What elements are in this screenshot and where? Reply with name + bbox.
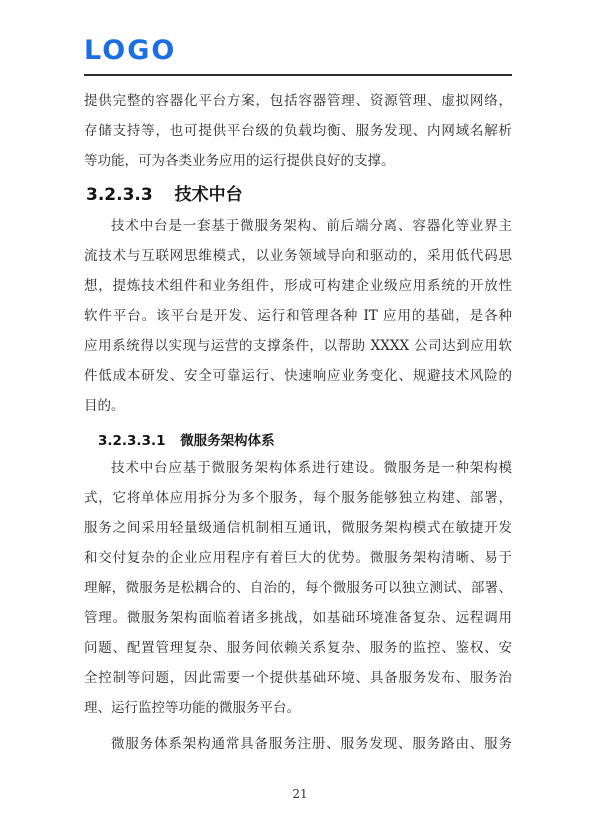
paragraph-container-microservice: 技术中台应基于微服务架构体系进行建设。微服务是一种架构模 式，它将单体应用拆分为… xyxy=(84,453,512,723)
text-line: 目的。 xyxy=(84,391,512,421)
document-page: LOGO 提供完整的容器化平台方案，包括容器管理、资源管理、虚拟网络， 存储支持… xyxy=(0,0,600,829)
text-line: 理解，微服务是松耦合的、自治的，每个微服务可以独立测试、部署、 xyxy=(84,573,512,603)
paragraph-container-tech-platform: 技术中台是一套基于微服务架构、前后端分离、容器化等业界主 流技术与互联网思维模式… xyxy=(84,211,512,421)
text-line: 件低成本研发、安全可靠运行、快速响应业务变化、规避技术风险的 xyxy=(84,361,512,391)
text-line: 技术中台应基于微服务架构体系进行建设。微服务是一种架构模 xyxy=(84,453,512,483)
text-line: 微服务体系架构通常具备服务注册、服务发现、服务路由、服务 xyxy=(84,729,512,759)
subsection-heading: 3.2.3.3.1 微服务架构体系 xyxy=(98,429,512,453)
page-header: LOGO xyxy=(84,36,512,76)
text-line: 想，提炼技术组件和业务组件，形成可构建企业级应用系统的开放性 xyxy=(84,271,512,301)
subsection-title: 微服务架构体系 xyxy=(180,433,275,449)
section-heading: 3.2.3.3 技术中台 xyxy=(86,181,512,209)
text-line: 和交付复杂的企业应用程序有着巨大的优势。微服务架构清晰、易于 xyxy=(84,543,512,573)
section-number: 3.2.3.3 xyxy=(86,185,153,205)
subsection-number: 3.2.3.3.1 xyxy=(98,433,165,449)
text-line: 技术中台是一套基于微服务架构、前后端分离、容器化等业界主 xyxy=(84,211,512,241)
text-line: 管理。微服务架构面临着诸多挑战，如基础环境准备复杂、远程调用 xyxy=(84,603,512,633)
page-number: 21 xyxy=(0,787,600,801)
section-title: 技术中台 xyxy=(175,185,243,205)
text-line: 问题、配置管理复杂、服务间依赖关系复杂、服务的监控、鉴权、安 xyxy=(84,633,512,663)
text-line: 等功能，可为各类业务应用的运行提供良好的支撑。 xyxy=(84,146,512,176)
text-line: 流技术与互联网思维模式，以业务领域导向和驱动的，采用低代码思 xyxy=(84,241,512,271)
document-content: 提供完整的容器化平台方案，包括容器管理、资源管理、虚拟网络， 存储支持等，也可提… xyxy=(84,86,512,759)
text-line: 理、运行监控等功能的微服务平台。 xyxy=(84,693,512,723)
text-line: 软件平台。该平台是开发、运行和管理各种 IT 应用的基础，是各种 xyxy=(84,301,512,331)
text-line: 存储支持等，也可提供平台级的负载均衡、服务发现、内网域名解析 xyxy=(84,116,512,146)
text-line: 应用系统得以实现与运营的支撑条件，以帮助 XXXX 公司达到应用软 xyxy=(84,331,512,361)
company-logo: LOGO xyxy=(84,36,176,66)
text-line: 式，它将单体应用拆分为多个服务，每个服务能够独立构建、部署， xyxy=(84,483,512,513)
paragraph-container-architecture: 微服务体系架构通常具备服务注册、服务发现、服务路由、服务 xyxy=(84,729,512,759)
header-divider xyxy=(84,74,512,76)
text-line: 提供完整的容器化平台方案，包括容器管理、资源管理、虚拟网络， xyxy=(84,86,512,116)
text-line: 全控制等问题，因此需要一个提供基础环境、具备服务发布、服务治 xyxy=(84,663,512,693)
text-line: 服务之间采用轻量级通信机制相互通讯，微服务架构模式在敏捷开发 xyxy=(84,513,512,543)
paragraph-container-platform: 提供完整的容器化平台方案，包括容器管理、资源管理、虚拟网络， 存储支持等，也可提… xyxy=(84,86,512,176)
